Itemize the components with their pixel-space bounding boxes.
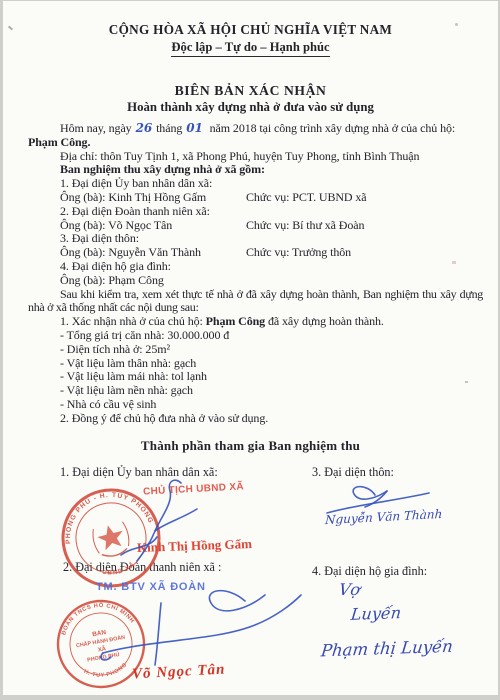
finding-detail: - Vật liệu làm nền nhà: gạch [28, 384, 483, 398]
address-line: Địa chỉ: thôn Tuy Tịnh 1, xã Phong Phú, … [28, 150, 483, 164]
finding-owner-name: Phạm Công [206, 314, 265, 328]
member-role: 4. Đại diện hộ gia đình: [28, 260, 483, 274]
document-body: Hôm nay, ngày26tháng01 năm 2018 tại công… [28, 122, 483, 426]
document-title: BIÊN BẢN XÁC NHẬN [3, 83, 498, 99]
member-name: Ông (bà): Võ Ngọc Tân [60, 218, 172, 232]
member-role: 2. Đại diện Đoàn thanh niên xã: [28, 205, 483, 219]
national-title: CỘNG HÒA XÃ HỘI CHỦ NGHĨA VIỆT NAM [3, 22, 498, 38]
national-motto: Độc lập – Tự do – Hạnh phúc [3, 40, 498, 57]
intro-suffix: năm 2018 tại công trình xây dựng nhà ở c… [210, 121, 455, 135]
scan-speck [465, 381, 468, 383]
sig-label-thon: 3. Đại diện thôn: [312, 465, 394, 480]
finding-detail: - Nhà có cầu vệ sinh [28, 398, 483, 412]
document-title-block: BIÊN BẢN XÁC NHẬN Hoàn thành xây dựng nh… [3, 83, 498, 115]
document-header: CỘNG HÒA XÃ HỘI CHỦ NGHĨA VIỆT NAM Độc l… [3, 22, 498, 57]
intro-prefix: Hôm nay, ngày [60, 121, 132, 135]
scan-speck [452, 261, 456, 264]
member-row: Ông (bà): Võ Ngọc TânChức vụ: Bí thư xã … [28, 219, 483, 233]
intro-between: tháng [156, 121, 182, 135]
member-name: Ông (bà): Kinh Thị Hồng Gấm [60, 190, 206, 204]
member-row: Ông (bà): Kinh Thị Hồng GấmChức vụ: PCT.… [28, 191, 483, 205]
finding-detail: - Vật liệu làm mái nhà: tol lạnh [28, 370, 483, 384]
board-heading: Ban nghiệm thu xây dựng nhà ở xã gồm: [28, 163, 483, 177]
scanned-document: { "header": { "national_title": "CỘNG HÒ… [0, 0, 500, 700]
member-name: Ông (bà): Phạm Công [28, 274, 483, 288]
finding-item-2: 2. Đồng ý để chủ hộ đưa nhà ở vào sử dụn… [28, 412, 483, 426]
member-role: 1. Đại diện Ủy ban nhân dân xã: [28, 177, 483, 191]
finding-detail: - Tổng giá trị căn nhà: 30.000.000 đ [28, 329, 483, 343]
conclusion-paragraph: Sau khi kiểm tra, xem xét thực tế nhà ở … [28, 288, 483, 316]
member-role: 3. Đại diện thôn: [28, 232, 483, 246]
sig-label-household: 4. Đại diện hộ gia đình: [312, 564, 427, 579]
document-page: CỘNG HÒA XÃ HỘI CHỦ NGHĨA VIỆT NAM Độc l… [3, 1, 498, 695]
member-position: Chức vụ: Bí thư xã Đoàn [246, 219, 364, 233]
document-subtitle: Hoàn thành xây dựng nhà ở đưa vào sử dụn… [3, 100, 498, 115]
member-position: Chức vụ: Trưởng thôn [246, 246, 351, 260]
household-owner: Phạm Công. [28, 136, 483, 150]
handwritten-name-household: Phạm thị Luyến [320, 637, 454, 661]
handwritten-note-2: Luyến [350, 603, 402, 624]
finding-detail: - Vật liệu làm thân nhà: gạch [28, 357, 483, 371]
signature-ink-ubnd-icon [85, 469, 205, 574]
scan-speck [455, 23, 458, 26]
finding-detail: - Diện tích nhà ở: 25m² [28, 343, 483, 357]
finding-item-1: 1. Xác nhận nhà ở của chủ hộ: Phạm Công … [28, 315, 483, 329]
member-row: Ông (bà): Nguyễn Văn ThànhChức vụ: Trưởn… [28, 246, 483, 260]
handwritten-month: 01 [186, 121, 203, 135]
intro-line: Hôm nay, ngày26tháng01 năm 2018 tại công… [28, 122, 483, 136]
signatures-heading: Thành phần tham gia Ban nghiệm thu [3, 438, 498, 454]
handwritten-note-1: Vợ [338, 580, 362, 599]
member-name: Ông (bà): Nguyễn Văn Thành [60, 245, 201, 259]
member-position: Chức vụ: PCT. UBND xã [246, 191, 367, 205]
handwritten-day: 26 [136, 121, 153, 135]
